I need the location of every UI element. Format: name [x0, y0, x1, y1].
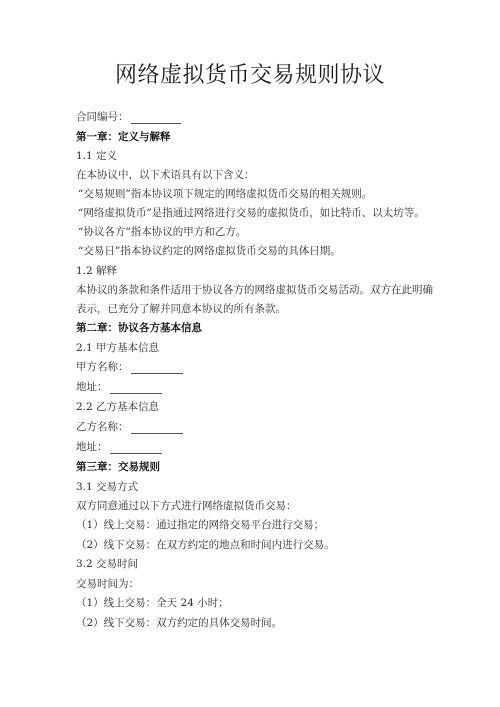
document-page: 网络虚拟货币交易规则协议 合同编号： 第一章：定义与解释 1.1 定义 在本协议…: [0, 0, 500, 707]
section-3-1-intro: 双方同意通过以下方式进行网络虚拟货币交易：: [76, 499, 297, 513]
section-1-1-heading: 1.1 定义: [76, 149, 117, 163]
party-a-address-label: 地址：: [76, 381, 108, 393]
section-1-1-intro: 在本协议中，以下术语具有以下含义：: [76, 168, 255, 182]
party-a-name-blank: [131, 363, 183, 374]
definition-item: “交易规则”指本协议项下规定的网络虚拟货币交易的相关规则。: [78, 187, 372, 201]
section-1-2-text-line2: 表示，已充分了解并同意本协议的所有条款。: [76, 302, 286, 316]
trade-time-item: （1）线上交易：全天 24 小时；: [76, 596, 229, 610]
party-b-name-row: 乙方名称：: [76, 420, 183, 434]
chapter1-heading: 第一章：定义与解释: [76, 130, 171, 144]
trade-time-item: （2）线下交易：双方约定的具体交易时间。: [76, 616, 282, 630]
definition-item: “交易日”指本协议约定的网络虚拟货币交易的具体日期。: [78, 244, 341, 258]
party-a-name-row: 甲方名称：: [76, 360, 183, 374]
section-3-2-intro: 交易时间为：: [76, 577, 139, 591]
trade-method-item: （2）线下交易：在双方约定的地点和时间内进行交易。: [76, 538, 335, 552]
contract-number-row: 合同编号：: [76, 110, 181, 124]
contract-number-blank: [131, 113, 181, 124]
party-a-name-label: 甲方名称：: [76, 361, 129, 373]
chapter3-heading: 第三章：交易规则: [76, 460, 160, 474]
party-b-address-row: 地址：: [76, 440, 162, 454]
section-2-2-heading: 2.2 乙方基本信息: [76, 400, 159, 414]
definition-item: “协议各方”指本协议的甲方和乙方。: [78, 225, 246, 239]
definition-item: “网络虚拟货币”是指通过网络进行交易的虚拟货币，如比特币、以太坊等。: [78, 206, 425, 220]
party-b-name-blank: [131, 423, 183, 434]
party-b-name-label: 乙方名称：: [76, 421, 129, 433]
section-3-2-heading: 3.2 交易时间: [76, 557, 138, 571]
section-2-1-heading: 2.1 甲方基本信息: [76, 341, 159, 355]
section-3-1-heading: 3.1 交易方式: [76, 480, 138, 494]
party-a-address-blank: [110, 383, 162, 394]
party-b-address-blank: [110, 443, 162, 454]
contract-number-label: 合同编号：: [76, 111, 129, 123]
document-title: 网络虚拟货币交易规则协议: [0, 58, 500, 89]
section-1-2-text-line1: 本协议的条款和条件适用于协议各方的网络虚拟货币交易活动。双方在此明确: [76, 283, 433, 297]
party-a-address-row: 地址：: [76, 380, 162, 394]
section-1-2-heading: 1.2 解释: [76, 264, 117, 278]
party-b-address-label: 地址：: [76, 441, 108, 453]
chapter2-heading: 第二章：协议各方基本信息: [76, 321, 202, 335]
trade-method-item: （1）线上交易：通过指定的网络交易平台进行交易；: [76, 518, 324, 532]
